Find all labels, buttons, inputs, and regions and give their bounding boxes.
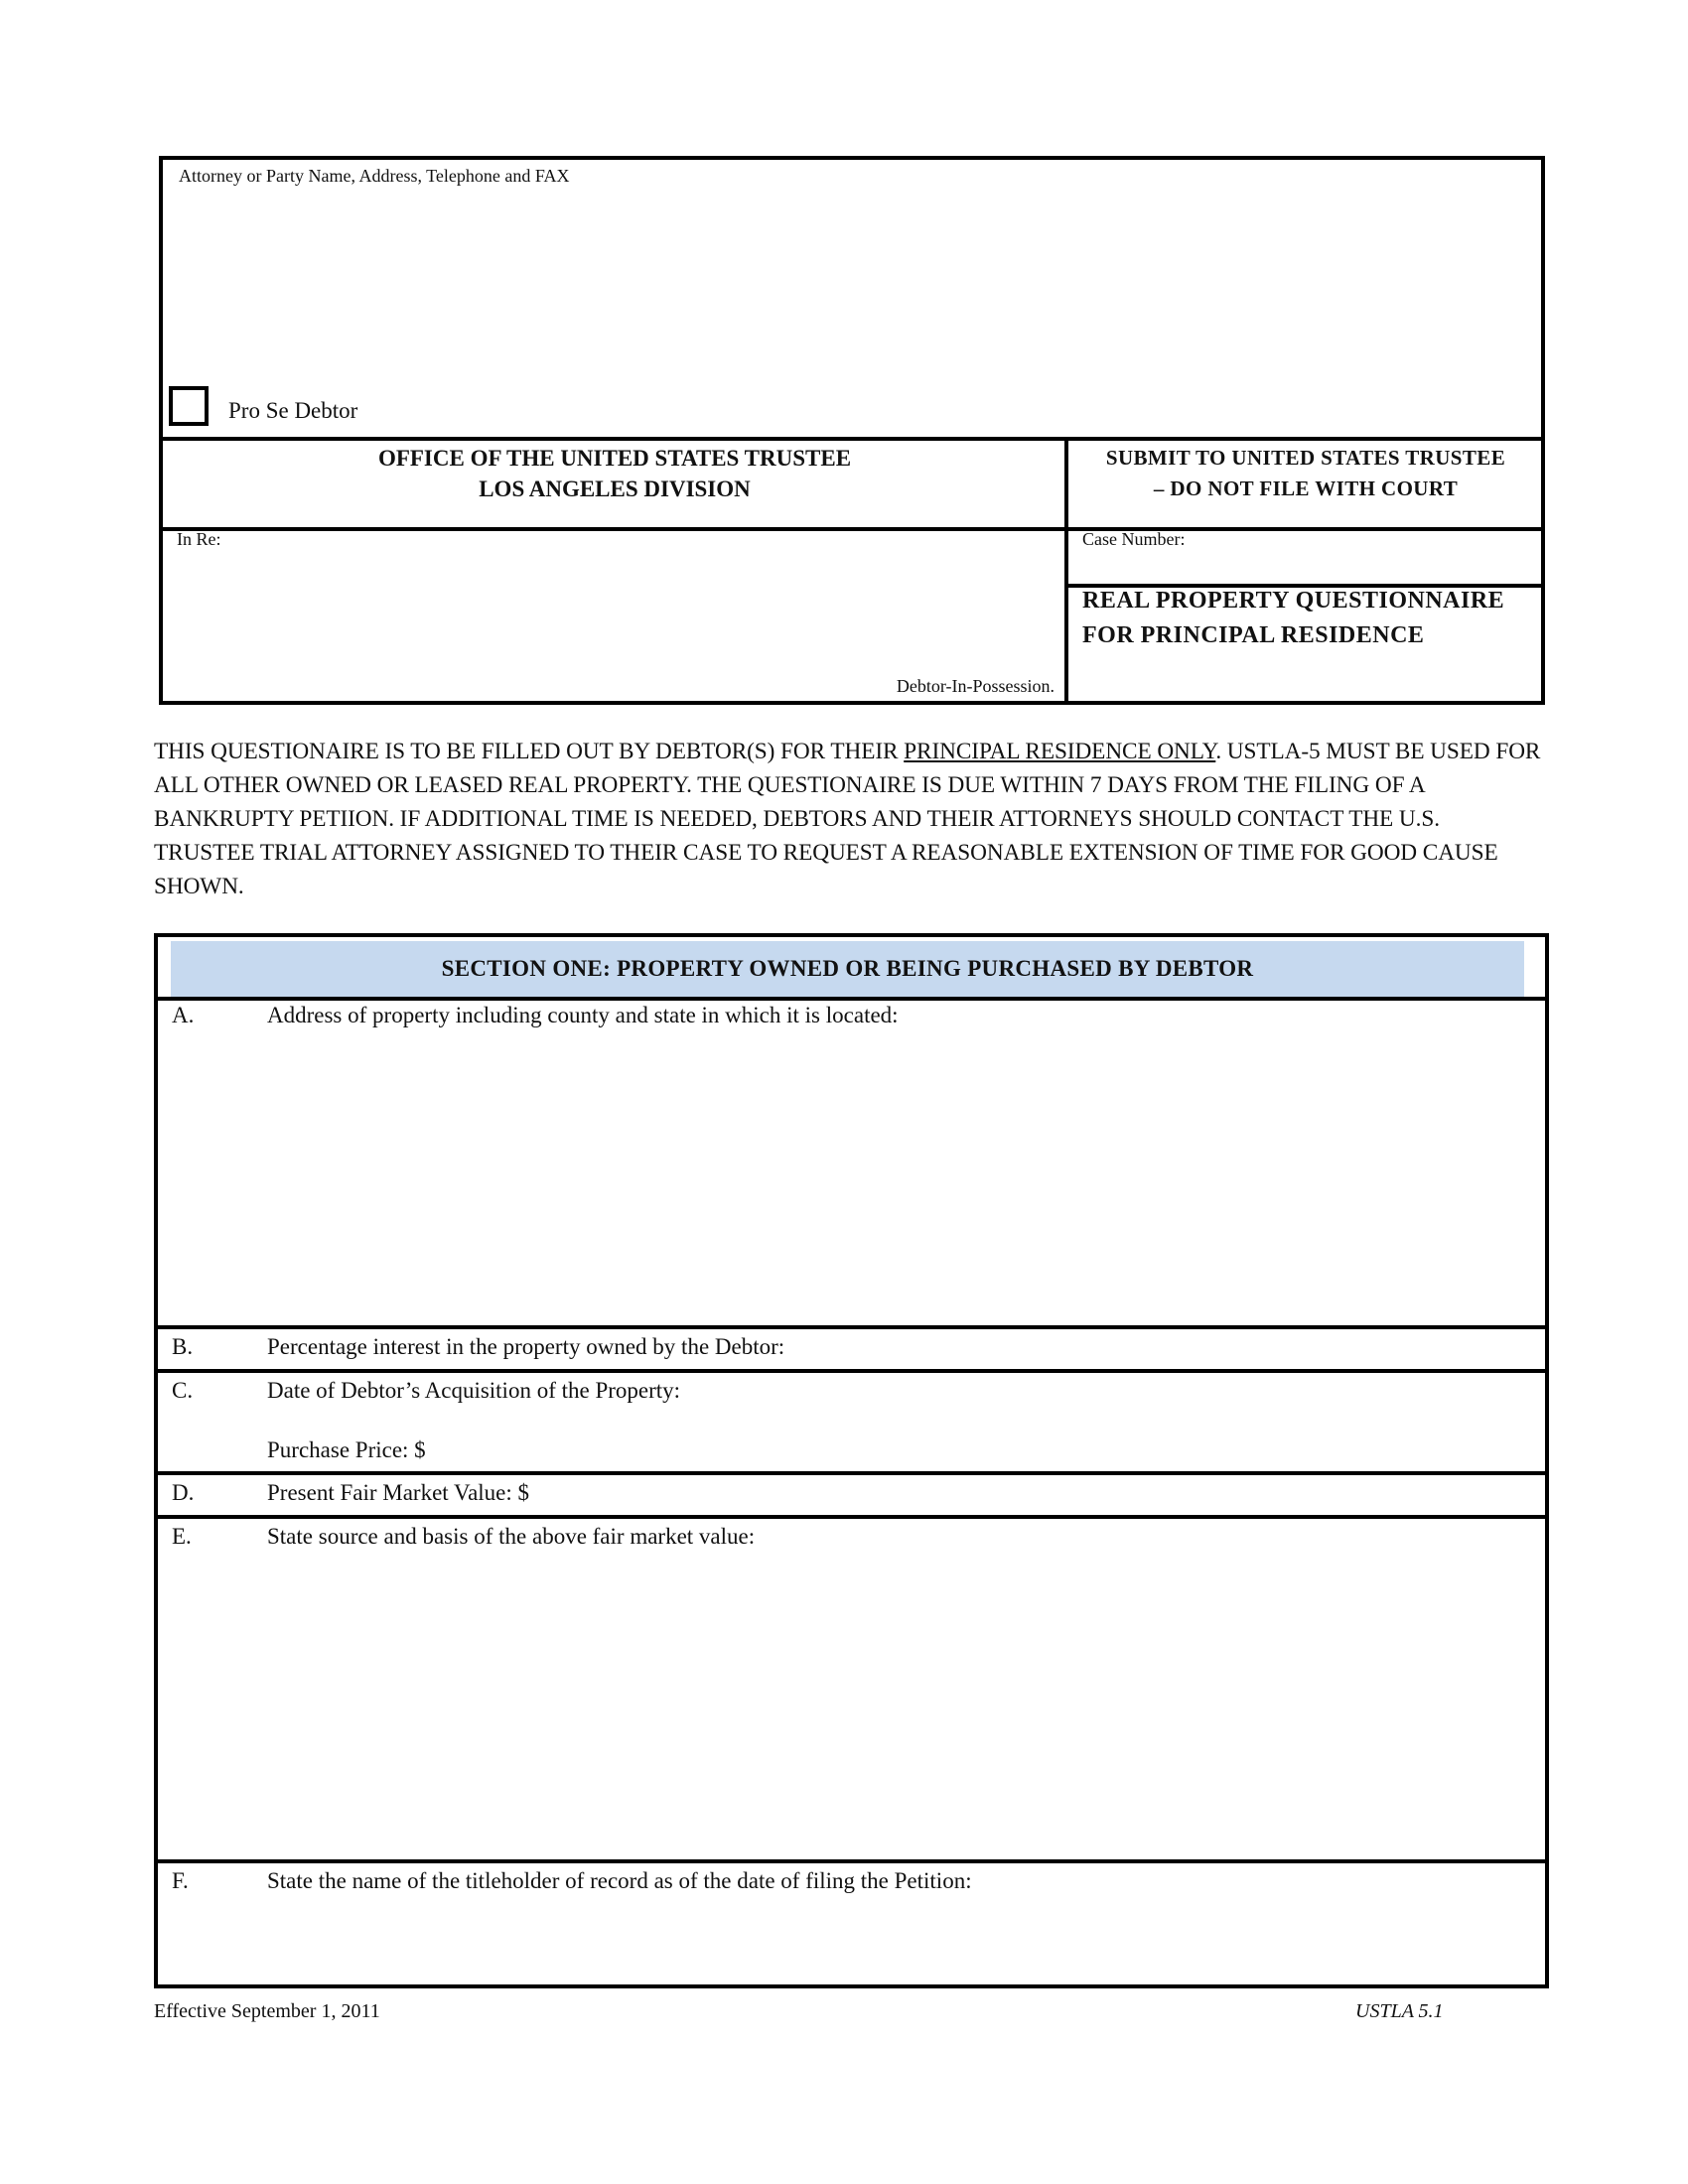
section-one-header: SECTION ONE: PROPERTY OWNED OR BEING PUR…: [171, 941, 1524, 997]
divider: [163, 437, 1541, 441]
form-id: USTLA 5.1: [1355, 2000, 1444, 2023]
row-c-label: Date of Debtor’s Acquisition of the Prop…: [267, 1378, 680, 1404]
row-b-letter: B.: [172, 1334, 193, 1360]
row-e-letter: E.: [172, 1524, 192, 1550]
row-d-letter: D.: [172, 1480, 194, 1506]
form-title: REAL PROPERTY QUESTIONNAIRE FOR PRINCIPA…: [1082, 584, 1504, 653]
fair-market-value-field[interactable]: [555, 1478, 1532, 1510]
attorney-info-label: Attorney or Party Name, Address, Telepho…: [179, 166, 570, 187]
in-re-label: In Re:: [177, 529, 221, 550]
pro-se-label: Pro Se Debtor: [228, 398, 357, 424]
pro-se-checkbox[interactable]: [169, 386, 209, 426]
purchase-price-label: Purchase Price: $: [267, 1437, 426, 1463]
row-divider: [158, 1859, 1545, 1863]
effective-date: Effective September 1, 2011: [154, 2000, 380, 2023]
row-divider: [158, 1369, 1545, 1373]
submit-line-1: SUBMIT TO UNITED STATES TRUSTEE: [1068, 443, 1543, 474]
instructions-underlined: PRINCIPAL RESIDENCE ONLY: [904, 739, 1215, 764]
office-line-1: OFFICE OF THE UNITED STATES TRUSTEE: [163, 443, 1066, 474]
caption-box: Attorney or Party Name, Address, Telepho…: [159, 156, 1545, 705]
row-divider: [158, 1325, 1545, 1329]
attorney-info-field[interactable]: [179, 194, 1523, 376]
form-title-line-1: REAL PROPERTY QUESTIONNAIRE: [1082, 584, 1504, 618]
row-b-label: Percentage interest in the property owne…: [267, 1334, 784, 1360]
acquisition-date-field[interactable]: [774, 1376, 1532, 1408]
case-number-label: Case Number:: [1082, 529, 1185, 550]
submit-line-2: – DO NOT FILE WITH COURT: [1068, 474, 1543, 504]
row-f-letter: F.: [172, 1868, 189, 1894]
row-divider: [158, 1471, 1545, 1475]
row-e-label: State source and basis of the above fair…: [267, 1524, 755, 1550]
section-one-table: SECTION ONE: PROPERTY OWNED OR BEING PUR…: [154, 933, 1549, 1988]
row-a-letter: A.: [172, 1003, 194, 1028]
fmv-source-field[interactable]: [267, 1558, 1532, 1854]
property-address-field[interactable]: [267, 1034, 1532, 1321]
row-divider: [158, 997, 1545, 1001]
row-a-label: Address of property including county and…: [267, 1003, 899, 1028]
instructions-text-1: THIS QUESTIONAIRE IS TO BE FILLED OUT BY…: [154, 739, 904, 764]
row-f-label: State the name of the titleholder of rec…: [267, 1868, 972, 1894]
office-heading: OFFICE OF THE UNITED STATES TRUSTEE LOS …: [163, 443, 1066, 504]
row-d-label: Present Fair Market Value: $: [267, 1480, 529, 1506]
titleholder-field[interactable]: [267, 1902, 1532, 1980]
row-divider: [158, 1515, 1545, 1519]
case-number-field[interactable]: [1196, 527, 1537, 559]
office-line-2: LOS ANGELES DIVISION: [163, 474, 1066, 504]
in-re-field[interactable]: [177, 557, 1055, 670]
row-c-letter: C.: [172, 1378, 193, 1404]
instructions-paragraph: THIS QUESTIONAIRE IS TO BE FILLED OUT BY…: [154, 735, 1544, 903]
form-title-line-2: FOR PRINCIPAL RESIDENCE: [1082, 618, 1504, 653]
percentage-interest-field[interactable]: [873, 1332, 1532, 1364]
submit-notice: SUBMIT TO UNITED STATES TRUSTEE – DO NOT…: [1068, 443, 1543, 504]
debtor-in-possession-label: Debtor-In-Possession.: [163, 676, 1055, 697]
purchase-price-field[interactable]: [456, 1435, 1532, 1467]
